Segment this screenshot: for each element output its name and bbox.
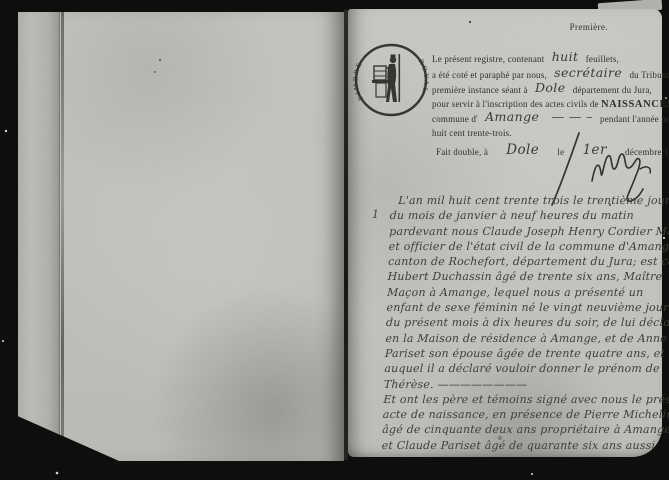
handwritten-entry: Dole: [535, 80, 566, 95]
act-line: canton de Rochefort, département du Jura…: [388, 254, 663, 269]
act-line: pardevant nous Claude Joseph Henry Cordi…: [389, 224, 664, 239]
form-line: pour servir à l'inscription des actes ci…: [432, 98, 668, 112]
act-line: Thérèse. ————————: [384, 377, 659, 392]
handwritten-entry: huit: [552, 49, 579, 64]
form-line: commune d' Amange — — – pendant l'année …: [432, 111, 668, 127]
printed-text: Le présent registre, contenant: [432, 54, 544, 64]
printed-text: Fait double, à: [436, 147, 488, 157]
act-line: Maçon à Amange, lequel nous a présenté u…: [387, 285, 662, 300]
handwritten-entry: secrétaire: [554, 65, 622, 80]
act-line: et officier de l'état civil de la commun…: [388, 239, 663, 254]
birth-act-handwriting: L'an mil huit cent trente trois le trent…: [381, 193, 664, 453]
printed-text: première instance séant à: [432, 85, 528, 95]
printed-text: huit cent trente-trois.: [432, 128, 512, 138]
form-line: première instance séant à Dole départeme…: [432, 82, 668, 98]
printed-text: feuillets,: [586, 54, 619, 64]
left-blank-page: [18, 12, 344, 461]
timbre-royal-stamp-icon: TIMBRE ROYAL: [352, 40, 430, 120]
folio-label: Première.: [570, 22, 608, 32]
handwritten-entry: — — –: [552, 109, 593, 124]
page-crease-line: [61, 12, 64, 461]
act-line: en la Maison de résidence à Amange, et d…: [385, 331, 660, 346]
printed-text: département du Jura,: [573, 85, 652, 95]
act-line: Pariset son épouse âgée de trente quatre…: [385, 346, 660, 361]
act-line: L'an mil huit cent trente trois le trent…: [390, 193, 665, 208]
act-line: âgé de cinquante deux ans propriétaire à…: [382, 422, 657, 437]
act-margin-number: 1: [372, 208, 379, 221]
page-block-edges: [18, 12, 60, 461]
right-register-page: Première. TIMBRE ROYAL: [348, 9, 662, 457]
printed-text: pour servir à l'inscription des actes ci…: [432, 99, 599, 109]
printed-text: du Tribunal de: [629, 70, 669, 80]
act-line: enfant de sexe féminin né le vingt neuvi…: [386, 300, 661, 315]
act-line: du présent mois à dix heures du soir, de…: [386, 315, 661, 330]
handwritten-entry: Amange: [485, 109, 539, 124]
act-line: du mois de janvier à neuf heures du mati…: [389, 208, 664, 223]
act-line: et Claude Pariset âgé de quarante six an…: [381, 438, 656, 453]
printed-text: a été coté et paraphé par nous,: [432, 70, 547, 80]
svg-text:ROYAL: ROYAL: [417, 58, 430, 95]
register-scan-photo: Première. TIMBRE ROYAL: [0, 0, 669, 480]
standing-figure-glyph: [372, 54, 400, 102]
handwritten-entry: Dole: [506, 142, 539, 158]
printed-text: NAISSANCES: [601, 99, 669, 110]
act-line: auquel il a déclaré vouloir donner le pr…: [384, 361, 659, 376]
act-line: Et ont les père et témoins signé avec no…: [383, 392, 658, 407]
printed-text: commune d': [432, 114, 478, 124]
act-lines: L'an mil huit cent trente trois le trent…: [381, 193, 664, 453]
svg-text:TIMBRE: TIMBRE: [352, 60, 365, 102]
act-line: Hubert Duchassin âgé de trente six ans, …: [387, 269, 662, 284]
printed-text: pendant l'année mil: [600, 114, 669, 124]
form-line: Le présent registre, contenant huit feui…: [432, 51, 668, 67]
act-line: acte de naissance, en présence de Pierre…: [383, 407, 658, 422]
form-lines: Le présent registre, contenant huit feui…: [432, 51, 668, 140]
